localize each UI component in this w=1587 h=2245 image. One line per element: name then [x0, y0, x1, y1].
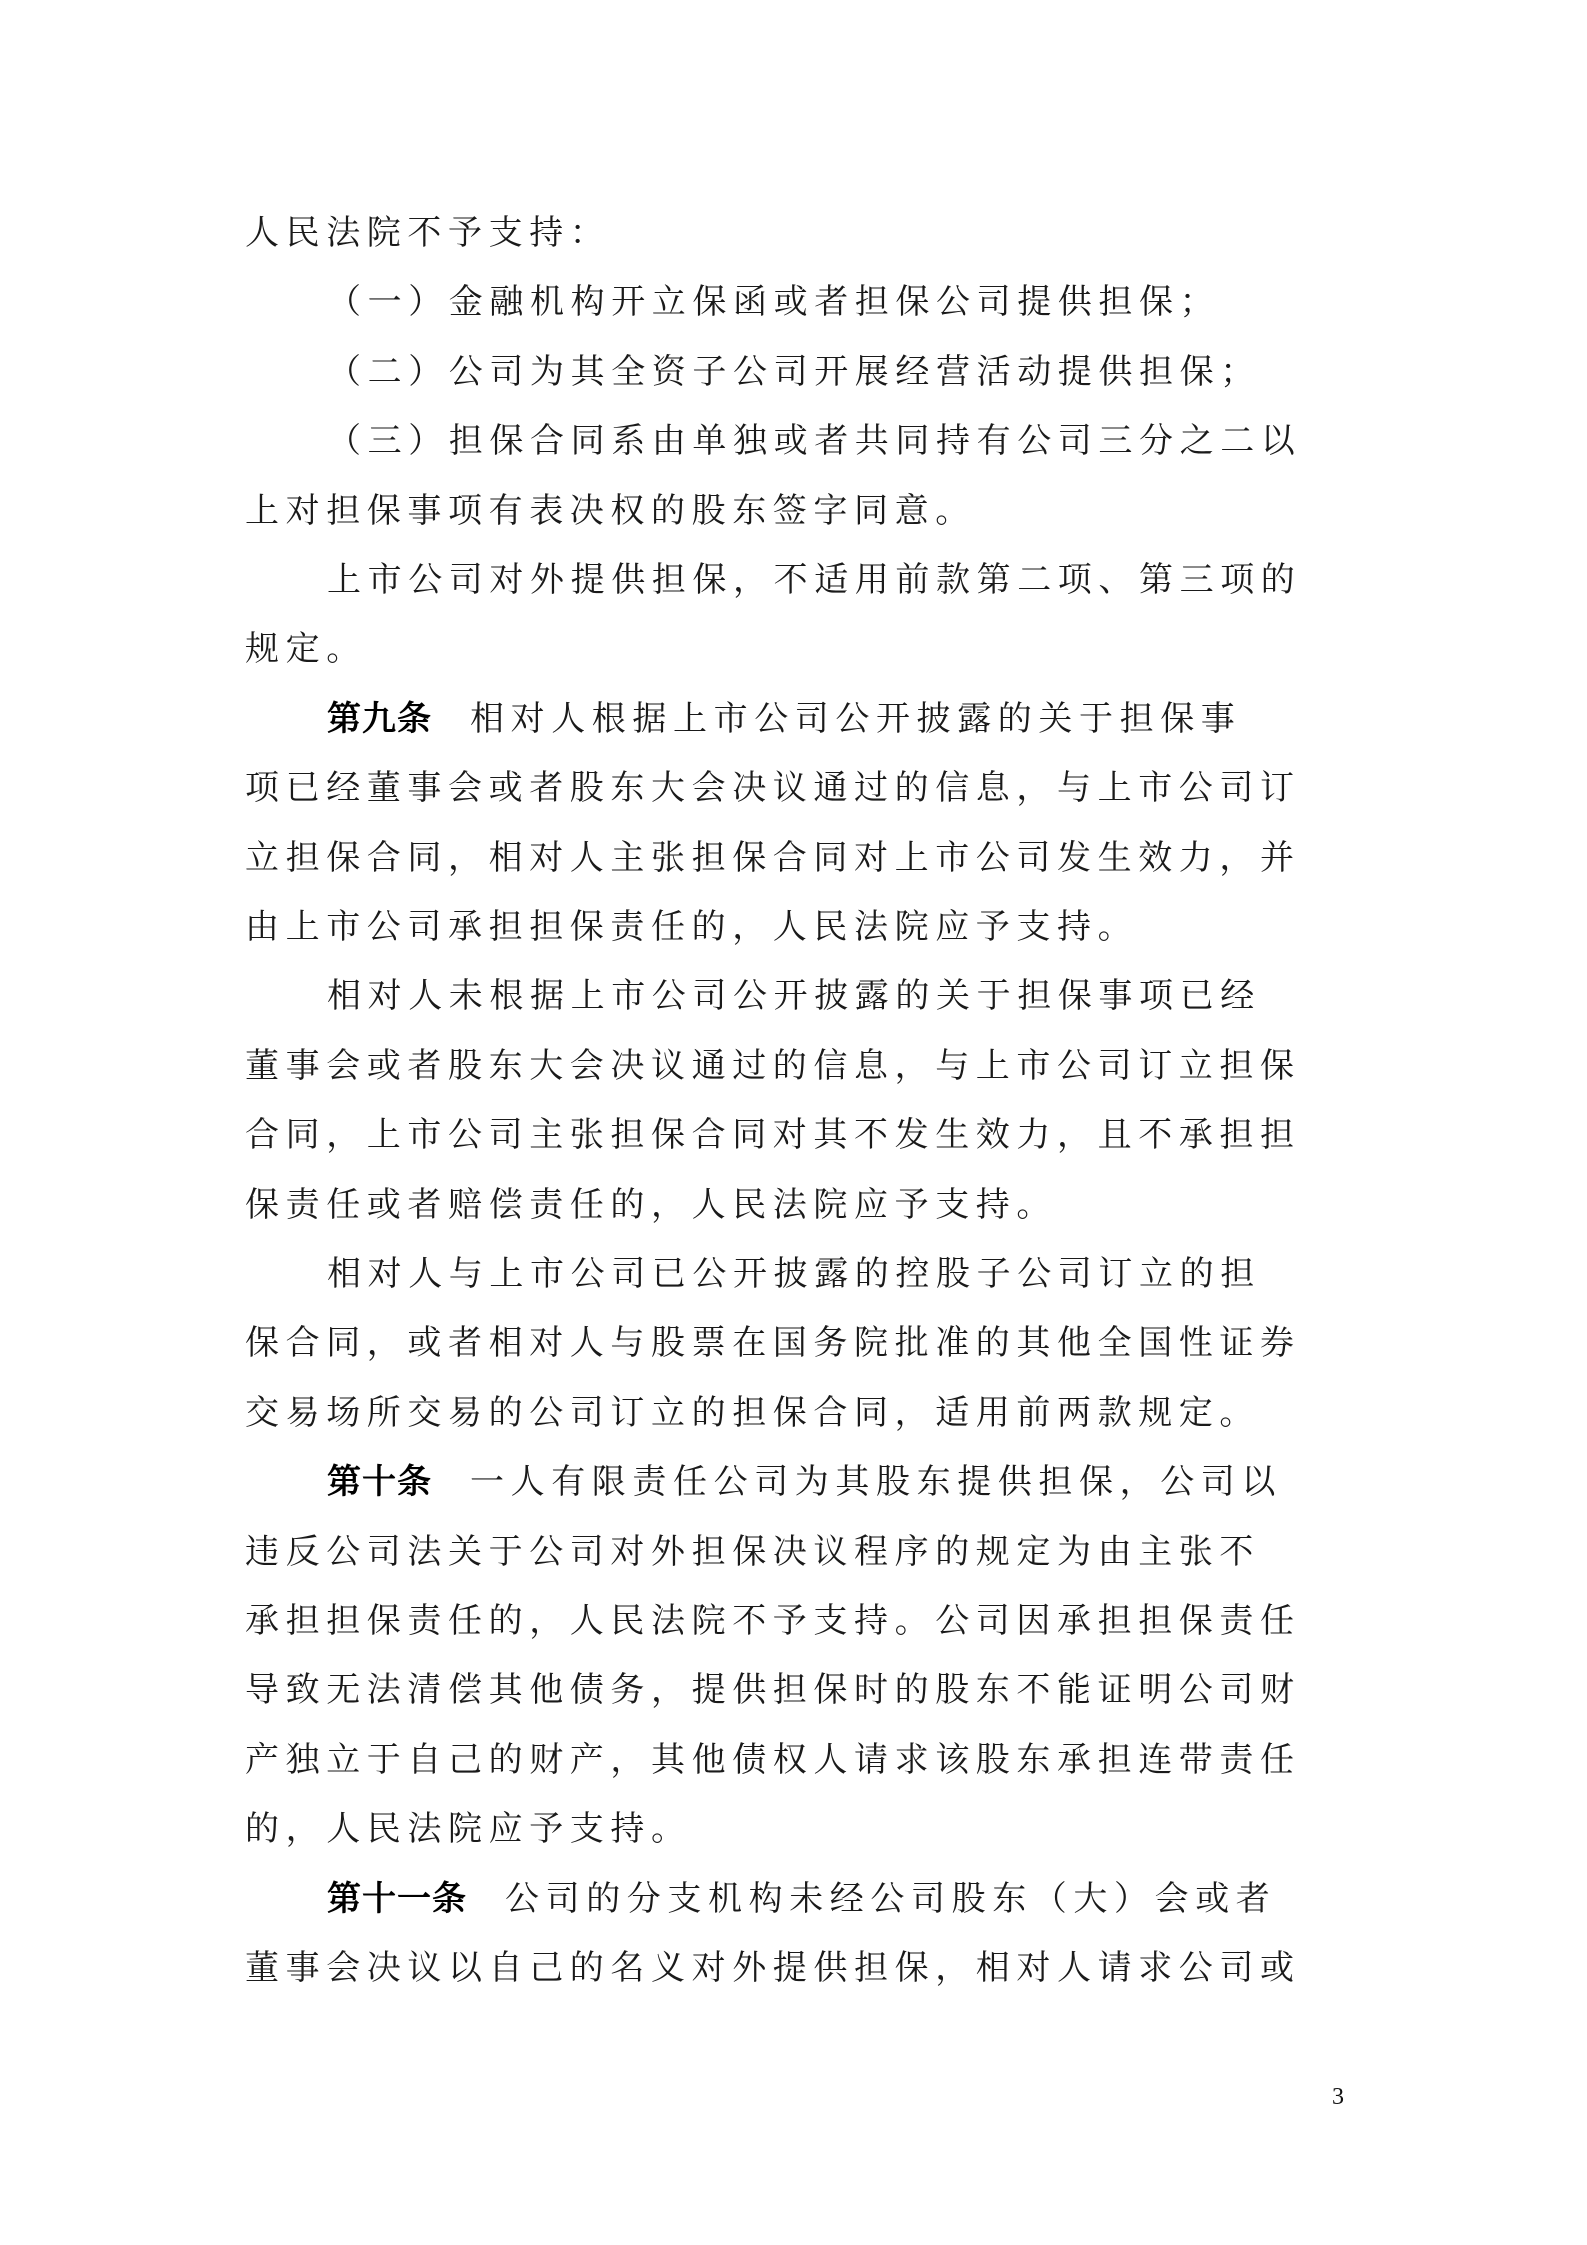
article-heading: 第十条 [327, 1462, 432, 1502]
text-line: 承担担保责任的，人民法院不予支持。公司因承担担保责任 [245, 1586, 1345, 1656]
text-line: 的，人民法院应予支持。 [245, 1794, 1345, 1864]
text-line: 由上市公司承担担保责任的，人民法院应予支持。 [245, 892, 1345, 962]
text-line: 人民法院不予支持： [245, 198, 1345, 268]
paragraph-first-line: 相对人与上市公司已公开披露的控股子公司订立的担 [327, 1239, 1345, 1309]
document-page: 人民法院不予支持： （一）金融机构开立保函或者担保公司提供担保； （二）公司为其… [0, 0, 1587, 2245]
article-9-first-line: 第九条相对人根据上市公司公开披露的关于担保事 [327, 684, 1345, 754]
list-item: （二）公司为其全资子公司开展经营活动提供担保； [327, 337, 1345, 407]
paragraph-first-line: 相对人未根据上市公司公开披露的关于担保事项已经 [327, 961, 1345, 1031]
text-line: 规定。 [245, 614, 1345, 684]
text-line: 导致无法清偿其他债务，提供担保时的股东不能证明公司财 [245, 1655, 1345, 1725]
article-text: 一人有限责任公司为其股东提供担保，公司以 [470, 1462, 1282, 1502]
list-item: （一）金融机构开立保函或者担保公司提供担保； [327, 267, 1345, 337]
text-line: 董事会或者股东大会决议通过的信息，与上市公司订立担保 [245, 1031, 1345, 1101]
article-text: 公司的分支机构未经公司股东（大）会或者 [505, 1879, 1276, 1919]
text-line: 产独立于自己的财产，其他债权人请求该股东承担连带责任 [245, 1725, 1345, 1795]
article-11-first-line: 第十一条公司的分支机构未经公司股东（大）会或者 [327, 1864, 1345, 1934]
article-heading: 第九条 [327, 699, 432, 739]
text-line: 交易场所交易的公司订立的担保合同，适用前两款规定。 [245, 1378, 1345, 1448]
list-item: （三）担保合同系由单独或者共同持有公司三分之二以 [327, 406, 1345, 476]
text-line: 上对担保事项有表决权的股东签字同意。 [245, 476, 1345, 546]
article-heading: 第十一条 [327, 1879, 467, 1919]
paragraph-first-line: 上市公司对外提供担保，不适用前款第二项、第三项的 [327, 545, 1345, 615]
text-line: 董事会决议以自己的名义对外提供担保，相对人请求公司或 [245, 1933, 1345, 2003]
text-line: 保合同，或者相对人与股票在国务院批准的其他全国性证券 [245, 1308, 1345, 1378]
text-line: 合同，上市公司主张担保合同对其不发生效力，且不承担担 [245, 1100, 1345, 1170]
page-number: 3 [1332, 2084, 1344, 2111]
article-text: 相对人根据上市公司公开披露的关于担保事 [470, 699, 1241, 739]
text-line: 违反公司法关于公司对外担保决议程序的规定为由主张不 [245, 1517, 1345, 1587]
text-line: 立担保合同，相对人主张担保合同对上市公司发生效力，并 [245, 823, 1345, 893]
text-line: 项已经董事会或者股东大会决议通过的信息，与上市公司订 [245, 753, 1345, 823]
text-line: 保责任或者赔偿责任的，人民法院应予支持。 [245, 1170, 1345, 1240]
article-10-first-line: 第十条一人有限责任公司为其股东提供担保，公司以 [327, 1447, 1345, 1517]
